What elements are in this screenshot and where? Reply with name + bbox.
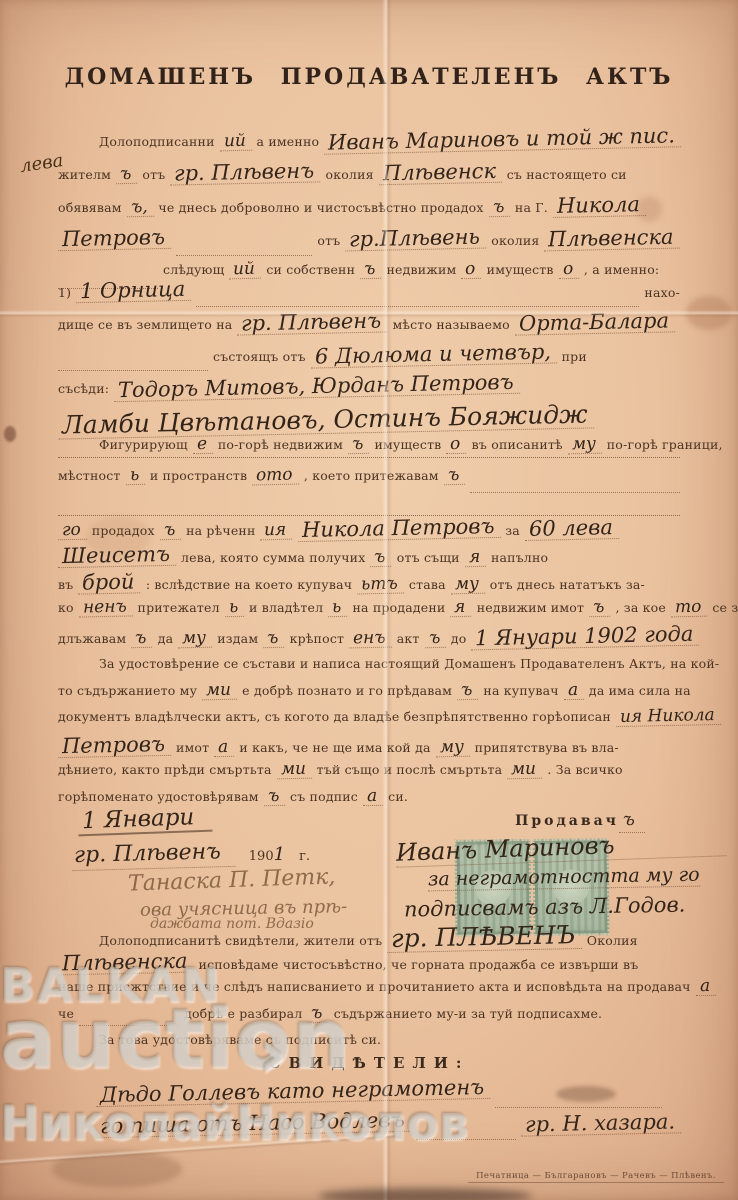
date-handwritten: 1 Январи [78, 804, 213, 837]
handwritten-text: му [568, 437, 602, 455]
printed-text: документъ владѣлчески актъ, съ когото да… [58, 709, 611, 724]
handwritten-text: 6 Дюлюма и четвър, [310, 342, 556, 368]
handwritten-text: Никола [553, 195, 646, 218]
paper-stain [52, 1150, 182, 1188]
printed-text: околия [325, 167, 373, 182]
blank-line [470, 491, 680, 493]
printed-text: а именно [257, 134, 320, 149]
printed-text: си. [388, 789, 408, 804]
printed-text: За удостовѣрение се състави и написа нас… [99, 656, 719, 671]
handwritten-text: я [464, 550, 486, 568]
printed-text: крѣпост [290, 631, 345, 646]
printed-text: Долоподписанитѣ свидѣтели, жители отъ [99, 933, 382, 948]
printed-text: на купувач [483, 683, 558, 698]
printed-text: дище се въ землището на [58, 317, 232, 332]
form-line: дѣнието, както прѣди смъртьтамитъй също … [58, 762, 680, 789]
handwritten-text: е [193, 437, 213, 455]
printed-text: да има сила на [589, 683, 691, 698]
printed-text: отъ [317, 233, 340, 248]
printed-text: припятствува въ вла- [475, 740, 619, 755]
printed-text: отъ същи [397, 550, 460, 565]
witnesses-heading: СВИДѢТЕЛИ: [0, 1054, 738, 1072]
printed-text: става [409, 577, 446, 592]
blank-line [416, 1138, 516, 1140]
handwritten-text: ий [219, 134, 251, 152]
form-line: длъжавамъдамуиздамъкрѣпостенъактъдо1 Яну… [58, 627, 680, 654]
seller-signature: Иванъ Мариновъ [396, 827, 727, 867]
printed-text: въ [58, 577, 73, 592]
printed-text: недвижим имот [477, 600, 584, 615]
blank-line [79, 1024, 179, 1026]
paper-stain [686, 296, 732, 330]
form-line: Долоподписанниийа именноИванъ Мариновъ и… [58, 130, 680, 163]
printed-text: отъ днесь нататъкъ за- [490, 577, 645, 592]
form-line: Шеисетълева, която сумма получихъотъ същ… [58, 546, 680, 573]
paper-edge-shadow [318, 1188, 532, 1200]
form-line: коненъпритежательи владѣтельна продадени… [58, 600, 680, 627]
printed-text: исповѣдаме чистосъвѣстно, че горната про… [199, 957, 639, 972]
handwritten-text: 1 Орница [76, 280, 192, 303]
handwritten-text: ъ [424, 631, 446, 649]
handwritten-text: а [214, 739, 234, 757]
printed-text: по-горѣ недвижим [218, 437, 343, 452]
handwritten-text: а [564, 682, 584, 700]
paragraph-sale-price: гопродадохъна рѣченнияНикола Петровъза60… [58, 519, 680, 654]
printed-text: лева, която сумма получих [181, 550, 365, 565]
printed-text: горѣпоменато удостовѣрявам [58, 789, 259, 804]
printed-text: мѣсто называемо [393, 317, 510, 332]
form-line: Фигурирующепо-горѣ недвижимъимуществовъ … [58, 437, 680, 468]
printed-text: да [158, 631, 174, 646]
paragraph-declaration: Долоподписанниийа именноИванъ Мариновъ и… [58, 130, 680, 295]
printed-text: и пространств [150, 468, 247, 483]
handwritten-text: Петровъ [58, 228, 171, 251]
printed-text: добрѣ е разбирал [184, 1006, 302, 1021]
printed-text: че днесь доброволно и чистосъвѣстно прод… [158, 200, 483, 215]
handwritten-text: 60 лева [525, 518, 619, 541]
handwritten-text: ъ [116, 167, 138, 185]
printed-text: дѣнието, както прѣди смъртьта [58, 762, 272, 777]
city-handwritten: гр. Плѣвенъ [72, 839, 235, 871]
printed-text: . За всичко [547, 762, 622, 777]
form-line: мѣстностьи пространството, което притежа… [58, 468, 680, 499]
printed-text: обявявам [58, 200, 122, 215]
form-line: Петровъимотаи какъ, че не ще има кой дам… [58, 736, 680, 763]
form-line: го пиша отъ Насо Водлевъгр. Н. хазара. [96, 1114, 662, 1146]
handwritten-text: ий [229, 262, 261, 280]
handwritten-text: Тодоръ Митовъ, Юрданъ Петровъ [114, 373, 520, 402]
printed-text: Околия [587, 933, 638, 948]
printed-text: на Г. [515, 200, 548, 215]
year-printed: 190 [249, 849, 274, 864]
document-title: ДОМАШЕНЪ ПРОДАВАТЕЛЕНЪ АКТЪ [0, 64, 738, 90]
printed-text: съдържанието му-и за туй подписахме. [334, 1006, 602, 1021]
printed-text: продадох [92, 523, 155, 538]
printed-text: издам [217, 631, 258, 646]
form-line: обявявамъ,че днесь доброволно и чистосъв… [58, 196, 680, 229]
printed-text: въ описанитѣ [472, 437, 563, 452]
handwritten-text: му [178, 631, 212, 649]
handwritten-text: ь [225, 600, 245, 618]
form-line: въброй: вслѣдствие на което купувачьтъст… [58, 573, 680, 600]
printing-house-footer: Печатница — Българановъ — Рачевъ — Плѣве… [468, 1171, 724, 1183]
handwritten-text: ия Никола [616, 708, 721, 727]
printed-text: и владѣтел [249, 600, 323, 615]
printed-text: акт [397, 631, 420, 646]
illiteracy-note-line1: за неграмотността му го [428, 864, 700, 892]
printed-text: околия [491, 233, 539, 248]
handwritten-text: ми [276, 762, 311, 780]
handwritten-text: ъ [444, 468, 466, 486]
handwritten-text: Дѣдо Голлевъ като неграмотенъ [96, 1078, 491, 1107]
printed-text: напълно [491, 550, 548, 565]
illiteracy-note-line2: подписвамъ азъ Л.Годов. [404, 893, 686, 922]
handwritten-text: го пиша отъ Насо Водлевъ [96, 1111, 411, 1138]
printed-text: Долоподписанни [99, 134, 215, 149]
handwritten-text: ия [260, 523, 293, 541]
handwritten-text: о [461, 262, 482, 280]
printed-text: на продадени [353, 600, 446, 615]
printed-text: Фигурирующ [99, 437, 188, 452]
handwritten-text: ъ [370, 550, 392, 568]
handwritten-text: ь [328, 600, 348, 618]
year-suffix-printed: г. [299, 849, 310, 864]
printed-text: се за- [712, 600, 738, 615]
printed-text: жителм [58, 167, 111, 182]
paragraph-attestation: За удостовѣрение се състави и написа нас… [58, 656, 680, 815]
form-line: Плѣвенскаисповѣдаме чистосъвѣстно, че го… [58, 953, 680, 980]
paragraph-witness-statement: Долоподписанитѣ свидѣтели, жители отъгр.… [58, 926, 680, 1059]
handwritten-text: гр. ПЛѢВЕНЪ [387, 924, 582, 953]
handwritten-text: ото [252, 468, 299, 486]
printed-text: до [451, 631, 467, 646]
printed-text: си собственн [266, 262, 355, 277]
handwritten-text: Шеисетъ [58, 545, 176, 568]
form-line: наше присжтствие и че слѣдъ написванието… [58, 979, 680, 1006]
printed-text: съ подпис [290, 789, 358, 804]
printed-text: имот [176, 740, 209, 755]
printed-text: , а именно: [584, 262, 659, 277]
handwritten-text: брой [78, 572, 141, 594]
printed-text: че [58, 1006, 74, 1021]
handwritten-text: 1 Януари 1902 года [471, 625, 700, 651]
printed-text: отъ [142, 167, 165, 182]
handwritten-text: ь [125, 468, 145, 486]
printed-text: по-горѣ граници, [607, 437, 723, 452]
printed-text: За това удостовѣряваме съ подписитѣ си. [99, 1032, 381, 1047]
printed-text: за [505, 523, 520, 538]
form-line: то съдържанието мумие добрѣ познато и го… [58, 683, 680, 710]
handwritten-text: Плѣвенска [544, 228, 680, 252]
handwritten-text: Плѣвенска [58, 951, 194, 975]
printed-text: , което притежавам [304, 468, 439, 483]
handwritten-text: Плѣвенск [378, 162, 501, 185]
printed-text: наше присжтствие и че слѣдъ написванието… [58, 979, 691, 994]
printed-text: то съдържанието му [58, 683, 197, 698]
handwritten-text: му [436, 739, 470, 757]
printed-text: съсѣди: [58, 381, 109, 396]
printed-text: , за кое [615, 600, 666, 615]
handwritten-text: ненъ [79, 599, 133, 617]
blank-line [58, 369, 208, 371]
printed-text: длъжавам [58, 631, 126, 646]
handwritten-text: то [671, 600, 708, 618]
printed-text: мѣстност [58, 468, 121, 483]
printed-text: слѣдующ [163, 262, 224, 277]
handwritten-text: ъ [263, 631, 285, 649]
form-line: жителмъотъгр. ПлѣвенъоколияПлѣвенсксъ на… [58, 163, 680, 196]
handwritten-text: ъ [348, 437, 370, 455]
handwritten-text: ми [202, 682, 237, 700]
handwritten-text: Петровъ [58, 734, 171, 757]
handwritten-text: гр. Плѣвенъ [237, 311, 388, 335]
seller-label: Продавачъ [470, 809, 690, 830]
printed-text: недвижим [386, 262, 456, 277]
handwritten-text: я [450, 600, 472, 618]
handwritten-text: а [695, 979, 715, 997]
handwritten-text: о [446, 437, 467, 455]
year-digit-handwritten: 1 [274, 844, 285, 865]
printed-text: имуществ [374, 437, 441, 452]
handwritten-text: ъ, [127, 200, 154, 218]
form-line: чедобрѣ е разбиралъсъдържанието му-и за … [58, 1006, 680, 1033]
blank-line [196, 305, 639, 307]
handwritten-text: о [558, 262, 579, 280]
printed-text: : вслѣдствие на което купувач [146, 577, 352, 592]
handwritten-text: Никола Петровъ [298, 517, 501, 542]
handwritten-text: енъ [349, 631, 392, 649]
handwritten-text: ъ [589, 600, 611, 618]
handwritten-text: го [58, 523, 87, 541]
handwritten-text: Орта-Балара [515, 311, 675, 335]
handwritten-text: ъ [307, 1005, 329, 1023]
printed-text: и какъ, че не ще има кой да [239, 740, 430, 755]
witness-signature-lines: Дѣдо Голлевъ като неграмотенъго пиша отъ… [96, 1082, 662, 1146]
form-line: За удостовѣрение се състави и написа нас… [58, 656, 680, 683]
printed-text: е добрѣ познато и го прѣдавам [242, 683, 452, 698]
printed-text: ко [58, 600, 74, 615]
printed-text: нахо- [644, 285, 680, 300]
handwritten-text: гр. Плѣвенъ [170, 161, 321, 185]
printed-text: при [562, 349, 587, 364]
seller-label-printed: Продавач [515, 813, 619, 829]
handwritten-text: ъ [160, 523, 182, 541]
printed-text: тъй също и послѣ смъртьта [317, 762, 503, 777]
printed-text: притежател [138, 600, 220, 615]
printed-text: съ настоящето си [507, 167, 627, 182]
handwritten-text: гр.Плѣвень [345, 228, 486, 252]
handwritten-text: ъ [488, 200, 510, 218]
form-line: Петровъотъгр.ПлѣвеньоколияПлѣвенска [58, 229, 680, 262]
blank-line [495, 1106, 662, 1108]
handwritten-text: ъ [264, 788, 286, 806]
handwritten-text: гр. Н. хазара. [520, 1112, 680, 1136]
handwritten-text: ьтъ [357, 577, 404, 595]
handwritten-text: Иванъ Мариновъ и той ж пис. [324, 126, 681, 154]
handwritten-text: ъ [131, 631, 153, 649]
handwritten-text: а [363, 788, 383, 806]
printed-text: на рѣченн [186, 523, 255, 538]
handwritten-text: ми [507, 762, 542, 780]
paper-stain [4, 426, 16, 442]
form-line: дище се въ землището нагр. Плѣвенъмѣсто … [58, 313, 680, 345]
blank-line [176, 254, 312, 256]
document-page: ДОМАШЕНЪ ПРОДАВАТЕЛЕНЪ АКТЪ лева Долопод… [0, 0, 738, 1200]
handwritten-text: Ламби Цвѣтановъ, Остинъ Бояжидж [58, 403, 594, 439]
printed-text: 1) [58, 285, 71, 300]
printed-text: състоящъ отъ [213, 349, 306, 364]
interlined-note-line1: Танаска П. Петк, [128, 864, 336, 896]
handwritten-text: му [451, 577, 485, 595]
handwritten-text: ъ [457, 682, 479, 700]
handwritten-text: ъ [360, 262, 382, 280]
printed-text: имуществ [487, 262, 554, 277]
place-and-year-line: гр. Плѣвенъ1901г. [72, 841, 310, 869]
